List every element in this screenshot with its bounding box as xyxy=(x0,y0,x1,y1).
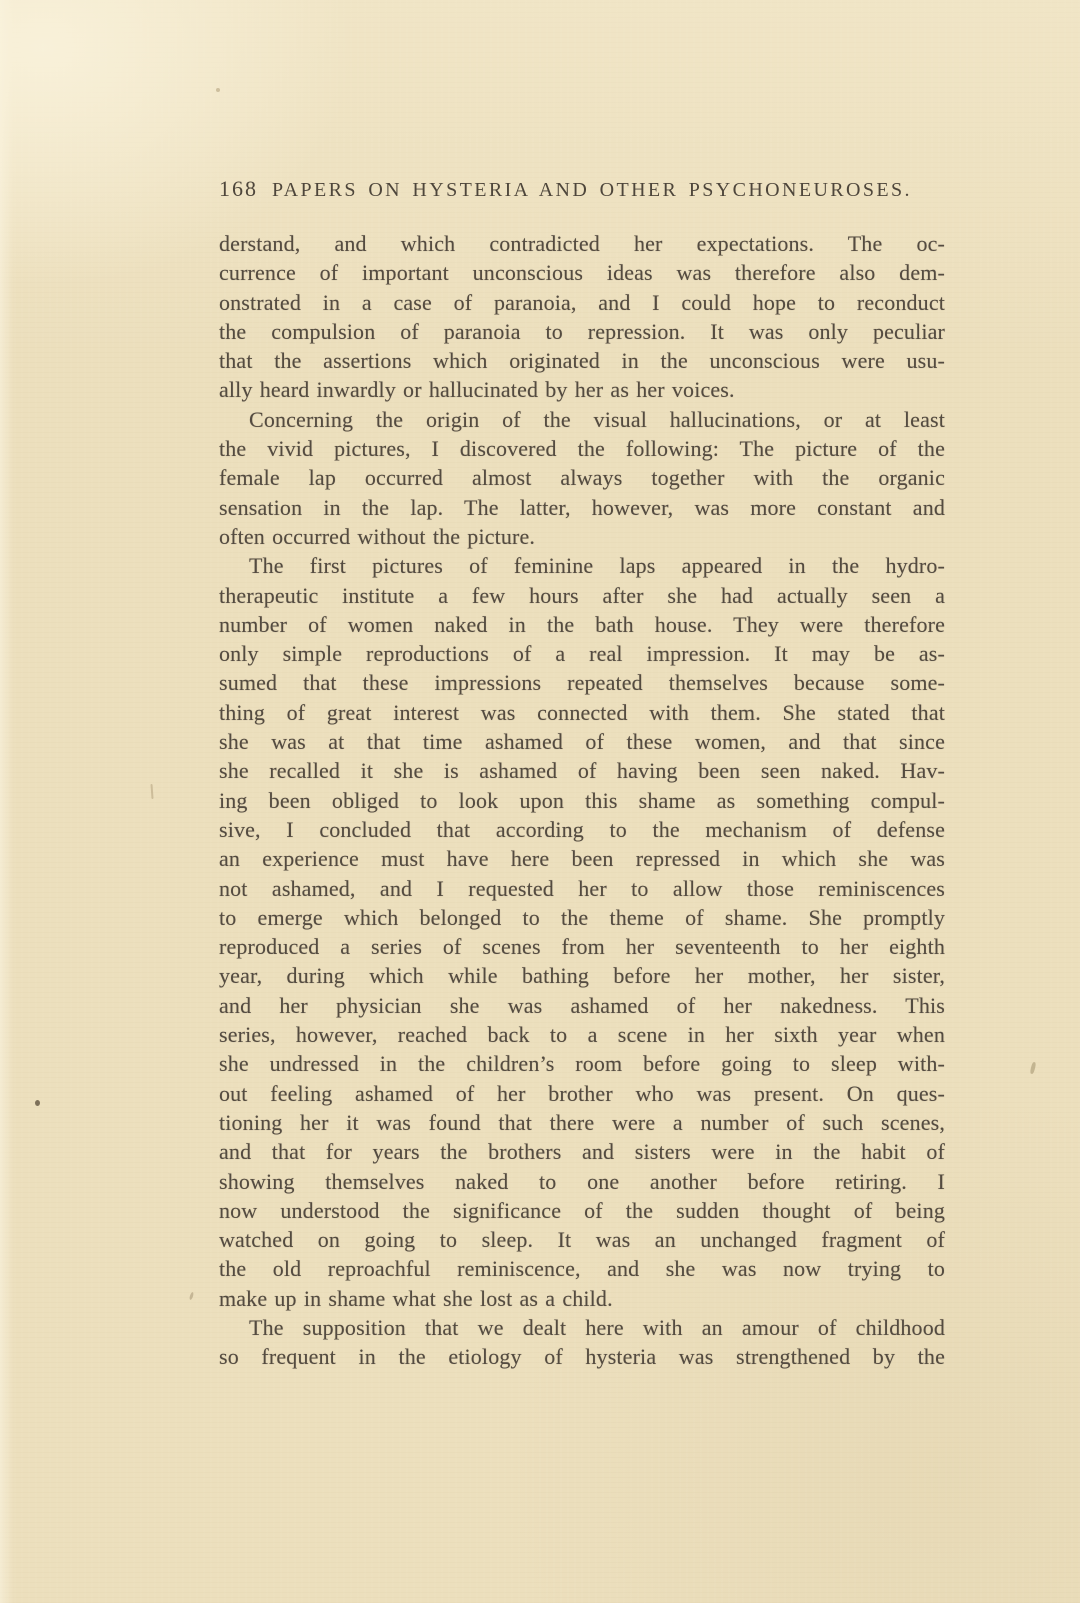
text-block: derstand, and which contradicted her exp… xyxy=(219,229,945,1372)
text-line: series, however, reached back to a scene… xyxy=(219,1020,945,1049)
text-line: so frequent in the etiology of hysteria … xyxy=(219,1342,945,1371)
text-line: showing themselves naked to one another … xyxy=(219,1167,945,1196)
text-line: often occurred without the picture. xyxy=(219,522,945,551)
text-line: The supposition that we dealt here with … xyxy=(219,1313,945,1342)
text-line: number of women naked in the bath house.… xyxy=(219,610,945,639)
text-line: the compulsion of paranoia to repression… xyxy=(219,317,945,346)
text-line: The first pictures of feminine laps appe… xyxy=(219,551,945,580)
text-line: ally heard inwardly or hallucinated by h… xyxy=(219,375,945,404)
text-line: only simple reproductions of a real impr… xyxy=(219,639,945,668)
running-title: PAPERS ON HYSTERIA AND OTHER PSYCHONEURO… xyxy=(272,179,912,201)
paper-speck xyxy=(150,784,153,799)
text-line: tioning her it was found that there were… xyxy=(219,1108,945,1137)
text-line: she was at that time ashamed of these wo… xyxy=(219,727,945,756)
text-line: the vivid pictures, I discovered the fol… xyxy=(219,434,945,463)
text-line: ing been obliged to look upon this shame… xyxy=(219,786,945,815)
text-line: year, during which while bathing before … xyxy=(219,961,945,990)
text-line: sumed that these impressions repeated th… xyxy=(219,668,945,697)
text-line: the old reproachful reminiscence, and sh… xyxy=(219,1254,945,1283)
text-line: and that for years the brothers and sist… xyxy=(219,1137,945,1166)
text-line: make up in shame what she lost as a chil… xyxy=(219,1284,945,1313)
text-line: female lap occurred almost always togeth… xyxy=(219,463,945,492)
text-line: reproduced a series of scenes from her s… xyxy=(219,932,945,961)
running-head: 168PAPERS ON HYSTERIA AND OTHER PSYCHONE… xyxy=(219,176,945,202)
text-line: watched on going to sleep. It was an unc… xyxy=(219,1225,945,1254)
text-line: currence of important unconscious ideas … xyxy=(219,258,945,287)
paper-speck xyxy=(1030,1062,1037,1075)
text-line: onstrated in a case of paranoia, and I c… xyxy=(219,288,945,317)
text-line: sensation in the lap. The latter, howeve… xyxy=(219,493,945,522)
text-line: she undressed in the children’s room bef… xyxy=(219,1049,945,1078)
text-line: Concerning the origin of the visual hall… xyxy=(219,405,945,434)
text-line: an experience must have here been repres… xyxy=(219,844,945,873)
paper-speck xyxy=(216,88,220,92)
text-line: now understood the significance of the s… xyxy=(219,1196,945,1225)
text-line: thing of great interest was connected wi… xyxy=(219,698,945,727)
text-line: sive, I concluded that according to the … xyxy=(219,815,945,844)
paper-speck xyxy=(189,1292,194,1301)
text-line: that the assertions which originated in … xyxy=(219,346,945,375)
text-line: and her physician she was ashamed of her… xyxy=(219,991,945,1020)
text-line: to emerge which belonged to the theme of… xyxy=(219,903,945,932)
text-line: not ashamed, and I requested her to allo… xyxy=(219,874,945,903)
text-line: derstand, and which contradicted her exp… xyxy=(219,229,945,258)
text-line: therapeutic institute a few hours after … xyxy=(219,581,945,610)
paper-speck xyxy=(35,1100,40,1106)
page-number: 168 xyxy=(219,176,258,201)
scanned-book-page: 168PAPERS ON HYSTERIA AND OTHER PSYCHONE… xyxy=(0,0,1080,1603)
text-line: out feeling ashamed of her brother who w… xyxy=(219,1079,945,1108)
text-line: she recalled it she is ashamed of having… xyxy=(219,756,945,785)
